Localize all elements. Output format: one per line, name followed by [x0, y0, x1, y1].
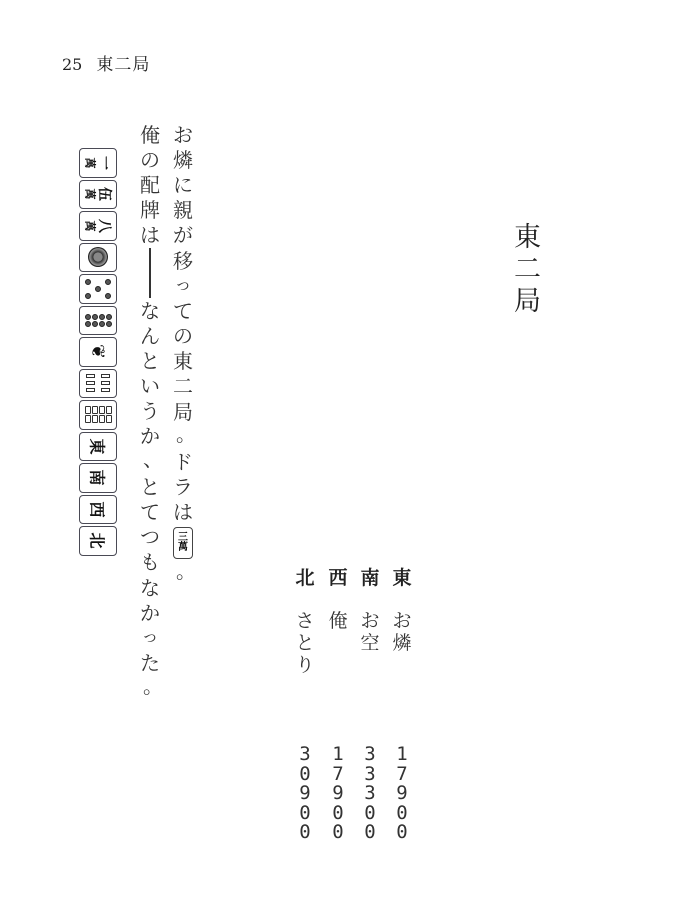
char: が	[170, 223, 196, 248]
char: お	[170, 122, 196, 147]
em-dash	[149, 248, 151, 298]
char: つ	[137, 525, 163, 550]
tile-west: 西	[79, 495, 117, 525]
tile-5-pin	[79, 274, 117, 304]
char: 配	[137, 172, 163, 197]
char: 。	[170, 561, 196, 586]
char: て	[170, 298, 196, 323]
player-score: 1 7 9 0 0	[332, 745, 343, 843]
text-column-2: 俺 の 配 牌 は な ん と い う か 、 と て つ も な か っ た …	[137, 122, 163, 701]
name-char: お	[392, 611, 411, 633]
char: も	[137, 550, 163, 575]
tile-1-pin	[79, 243, 117, 273]
tile-rank: 伍	[95, 187, 115, 201]
name-char: 燐	[392, 633, 411, 655]
char: っ	[137, 625, 163, 650]
player-name: さ と り	[295, 611, 314, 711]
char: て	[137, 499, 163, 524]
player-score: 3 0 9 0 0	[299, 745, 310, 843]
tile-wind: 東	[86, 438, 109, 454]
digit: 1	[396, 745, 407, 765]
tile-1-sou: ❦	[79, 337, 117, 367]
man-tile-face: 萬 八	[85, 216, 112, 236]
seat-wind: 北	[295, 563, 314, 589]
heading-char: 二	[514, 254, 541, 286]
name-char: 俺	[328, 611, 347, 633]
digit: 1	[332, 745, 343, 765]
one-circle-icon	[88, 247, 108, 267]
char: 移	[170, 248, 196, 273]
player-score: 3 3 3 0 0	[364, 745, 375, 843]
eight-bamboo-icon	[85, 406, 112, 423]
char: う	[137, 399, 163, 424]
char: た	[137, 651, 163, 676]
heading-char: 東	[514, 222, 541, 254]
char: な	[137, 298, 163, 323]
char: 燐	[170, 147, 196, 172]
digit: 3	[364, 784, 375, 804]
player-name: お 空	[360, 611, 379, 711]
score-column-west: 西 俺 1 7 9 0 0	[325, 563, 351, 843]
score-column-south: 南 お 空 3 3 3 0 0	[357, 563, 383, 843]
man-tile-face: 萬 一	[85, 153, 112, 173]
bird-icon: ❦	[88, 344, 109, 359]
name-char: お	[360, 611, 379, 633]
char: 二	[170, 374, 196, 399]
name-char: り	[295, 655, 314, 677]
name-char: さ	[295, 611, 314, 633]
digit: 3	[364, 745, 375, 765]
digit: 0	[299, 823, 310, 843]
heading-char: 局	[514, 286, 541, 318]
text-column-1: お 燐 に 親 が 移 っ て の 東 二 局 。 ド ラ は 三 萬 。	[170, 122, 196, 586]
char: に	[170, 172, 196, 197]
dora-indicator-tile: 三 萬	[173, 527, 193, 559]
tile-rank: 一	[95, 156, 115, 170]
tile-wind: 南	[86, 470, 109, 486]
seat-wind: 南	[360, 563, 379, 589]
tile-1-man: 萬 一	[79, 148, 117, 178]
char: 、	[137, 449, 163, 474]
char: は	[137, 223, 163, 248]
five-circles-icon	[84, 278, 112, 300]
char: 。	[137, 676, 163, 701]
char: 親	[170, 198, 196, 223]
seat-wind: 西	[328, 563, 347, 589]
char: 局	[170, 399, 196, 424]
char: の	[137, 147, 163, 172]
chapter-heading: 東 二 局	[514, 222, 541, 318]
score-column-east: 東 お 燐 1 7 9 0 0	[389, 563, 415, 843]
tile-east: 東	[79, 432, 117, 462]
char: の	[170, 324, 196, 349]
digit: 3	[299, 745, 310, 765]
char: と	[137, 474, 163, 499]
name-char: 空	[360, 633, 379, 655]
running-chapter-title: 東二局	[96, 50, 150, 75]
tile-rank: 八	[95, 219, 115, 233]
char: 東	[170, 349, 196, 374]
digit: 0	[364, 823, 375, 843]
digit: 9	[332, 784, 343, 804]
char: 牌	[137, 198, 163, 223]
tile-8-sou	[79, 400, 117, 430]
digit: 0	[396, 823, 407, 843]
char: 。	[170, 424, 196, 449]
char: い	[137, 374, 163, 399]
digit: 9	[396, 784, 407, 804]
tile-8-man: 萬 八	[79, 211, 117, 241]
digit: 0	[332, 823, 343, 843]
tile-4-sou	[79, 369, 117, 399]
char: ド	[170, 449, 196, 474]
hand-tiles: 萬 一 萬 伍 萬 八 ❦	[79, 148, 117, 556]
eight-circles-icon	[85, 314, 112, 327]
char: ん	[137, 323, 163, 348]
char: 俺	[137, 122, 163, 147]
score-column-north: 北 さ と り 3 0 9 0 0	[292, 563, 318, 843]
tile-5-man: 萬 伍	[79, 180, 117, 210]
man-tile-face: 萬 伍	[85, 184, 112, 204]
char: ラ	[170, 475, 196, 500]
digit: 9	[299, 784, 310, 804]
tile-north: 北	[79, 526, 117, 556]
name-char: と	[295, 633, 314, 655]
tile-south: 南	[79, 463, 117, 493]
char: な	[137, 575, 163, 600]
char: と	[137, 348, 163, 373]
tile-8-pin	[79, 306, 117, 336]
player-name: 俺	[328, 611, 347, 711]
tile-bottom: 萬	[178, 543, 188, 553]
player-name: お 燐	[392, 611, 411, 711]
char: か	[137, 600, 163, 625]
player-score: 1 7 9 0 0	[396, 745, 407, 843]
four-bamboo-icon	[86, 374, 110, 392]
tile-wind: 北	[86, 533, 109, 549]
char: か	[137, 424, 163, 449]
char: は	[170, 500, 196, 525]
tile-wind: 西	[86, 501, 109, 517]
seat-wind: 東	[392, 563, 411, 589]
page-number: 25	[62, 55, 82, 74]
running-header: 25 東二局	[62, 50, 150, 75]
char: っ	[170, 273, 196, 298]
